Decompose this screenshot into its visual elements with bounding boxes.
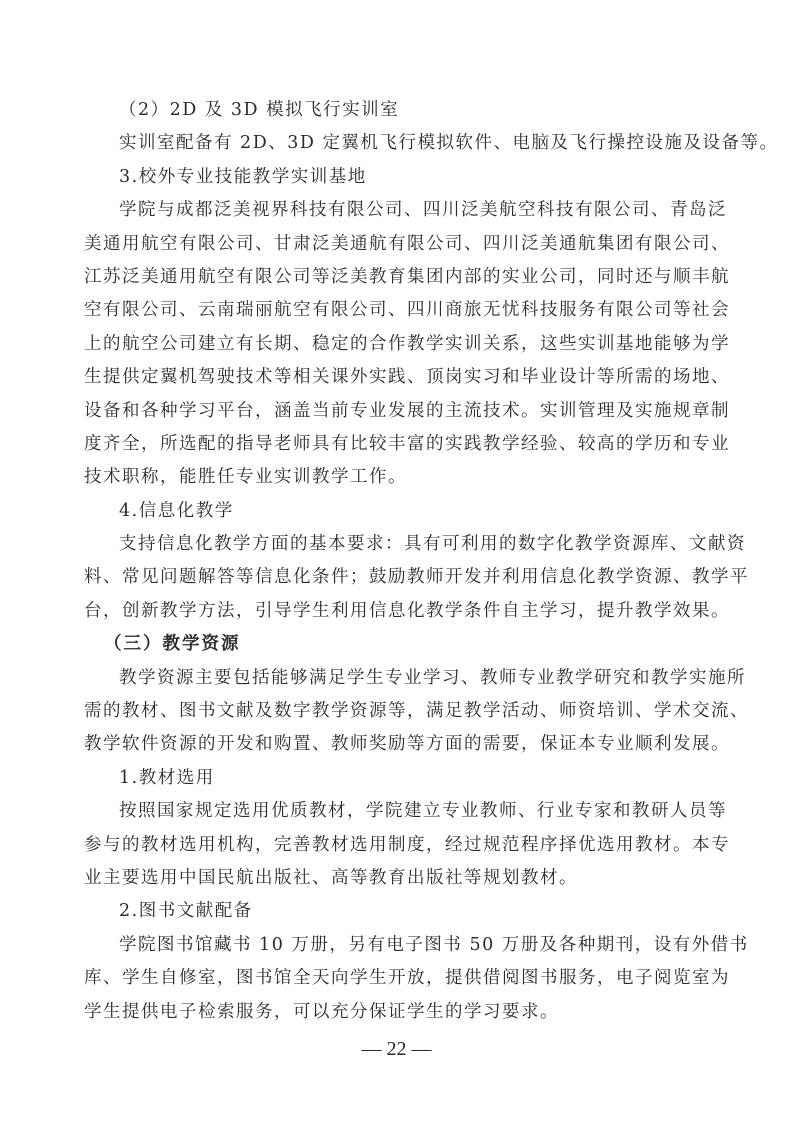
paragraph-informatization: 支持信息化教学方面的基本要求：具有可利用的数字化教学资源库、文献资 料、常见问题…: [84, 528, 716, 628]
paragraph-line: 学院图书馆藏书 10 万册，另有电子图书 50 万册及各种期刊，设有外借书: [84, 929, 716, 962]
paragraph-line: 料、常见问题解答等信息化条件；鼓励教师开发并利用信息化教学资源、教学平: [84, 561, 716, 594]
paragraph-line: 库、学生自修室，图书馆全天向学生开放，提供借阅图书服务，电子阅览室为: [84, 962, 716, 995]
document-page: （2）2D 及 3D 模拟飞行实训室 实训室配备有 2D、3D 定翼机飞行模拟软…: [0, 0, 793, 1122]
page-number: — 22 —: [0, 1038, 793, 1061]
paragraph-lab-equipment: 实训室配备有 2D、3D 定翼机飞行模拟软件、电脑及飞行操控设施及设备等。: [84, 127, 716, 160]
paragraph-line: 学院与成都泛美视界科技有限公司、四川泛美航空科技有限公司、青岛泛: [84, 194, 716, 227]
paragraph-line: 美通用航空有限公司、甘肃泛美通航有限公司、四川泛美通航集团有限公司、: [84, 228, 716, 261]
paragraph-line: 江苏泛美通用航空有限公司等泛美教育集团内部的实业公司，同时还与顺丰航: [84, 261, 716, 294]
paragraph-library-resources: 学院图书馆藏书 10 万册，另有电子图书 50 万册及各种期刊，设有外借书 库、…: [84, 929, 716, 1029]
paragraph-line: 空有限公司、云南瑞丽航空有限公司、四川商旅无忧科技服务有限公司等社会: [84, 294, 716, 327]
paragraph-line: 参与的教材选用机构，完善教材选用制度，经过规范程序择优选用教材。本专: [84, 829, 716, 862]
section-heading-teaching-resources: （三）教学资源: [84, 628, 716, 661]
paragraph-line: 业主要选用中国民航出版社、高等教育出版社等规划教材。: [84, 862, 716, 895]
subheading-2d-3d-lab: （2）2D 及 3D 模拟飞行实训室: [84, 94, 716, 127]
paragraph-line: 学生提供电子检索服务，可以充分保证学生的学习要求。: [84, 996, 716, 1029]
paragraph-line: 需的教材、图书文献及数字教学资源等，满足教学活动、师资培训、学术交流、: [84, 695, 716, 728]
subheading-offcampus-base: 3.校外专业技能教学实训基地: [84, 161, 716, 194]
paragraph-line: 技术职称，能胜任专业实训教学工作。: [84, 461, 716, 494]
paragraph-partner-companies: 学院与成都泛美视界科技有限公司、四川泛美航空科技有限公司、青岛泛 美通用航空有限…: [84, 194, 716, 495]
subheading-library-resources: 2.图书文献配备: [84, 895, 716, 928]
subheading-textbook-selection: 1.教材选用: [84, 762, 716, 795]
subheading-informatization: 4.信息化教学: [84, 495, 716, 528]
paragraph-line: 教学软件资源的开发和购置、教师奖励等方面的需要，保证本专业顺利发展。: [84, 728, 716, 761]
paragraph-textbook-selection: 按照国家规定选用优质教材，学院建立专业教师、行业专家和教研人员等 参与的教材选用…: [84, 795, 716, 895]
paragraph-teaching-resources: 教学资源主要包括能够满足学生专业学习、教师专业教学研究和教学实施所 需的教材、图…: [84, 662, 716, 762]
paragraph-line: 台，创新教学方法，引导学生利用信息化教学条件自主学习，提升教学效果。: [84, 595, 716, 628]
paragraph-line: 设备和各种学习平台，涵盖当前专业发展的主流技术。实训管理及实施规章制: [84, 395, 716, 428]
paragraph-line: 生提供定翼机驾驶技术等相关课外实践、顶岗实习和毕业设计等所需的场地、: [84, 361, 716, 394]
paragraph-line: 上的航空公司建立有长期、稳定的合作教学实训关系，这些实训基地能够为学: [84, 328, 716, 361]
paragraph-line: 按照国家规定选用优质教材，学院建立专业教师、行业专家和教研人员等: [84, 795, 716, 828]
page-content: （2）2D 及 3D 模拟飞行实训室 实训室配备有 2D、3D 定翼机飞行模拟软…: [84, 94, 716, 1029]
paragraph-line: 度齐全，所选配的指导老师具有比较丰富的实践教学经验、较高的学历和专业: [84, 428, 716, 461]
paragraph-line: 支持信息化教学方面的基本要求：具有可利用的数字化教学资源库、文献资: [84, 528, 716, 561]
paragraph-line: 实训室配备有 2D、3D 定翼机飞行模拟软件、电脑及飞行操控设施及设备等。: [84, 127, 716, 160]
paragraph-line: 教学资源主要包括能够满足学生专业学习、教师专业教学研究和教学实施所: [84, 662, 716, 695]
